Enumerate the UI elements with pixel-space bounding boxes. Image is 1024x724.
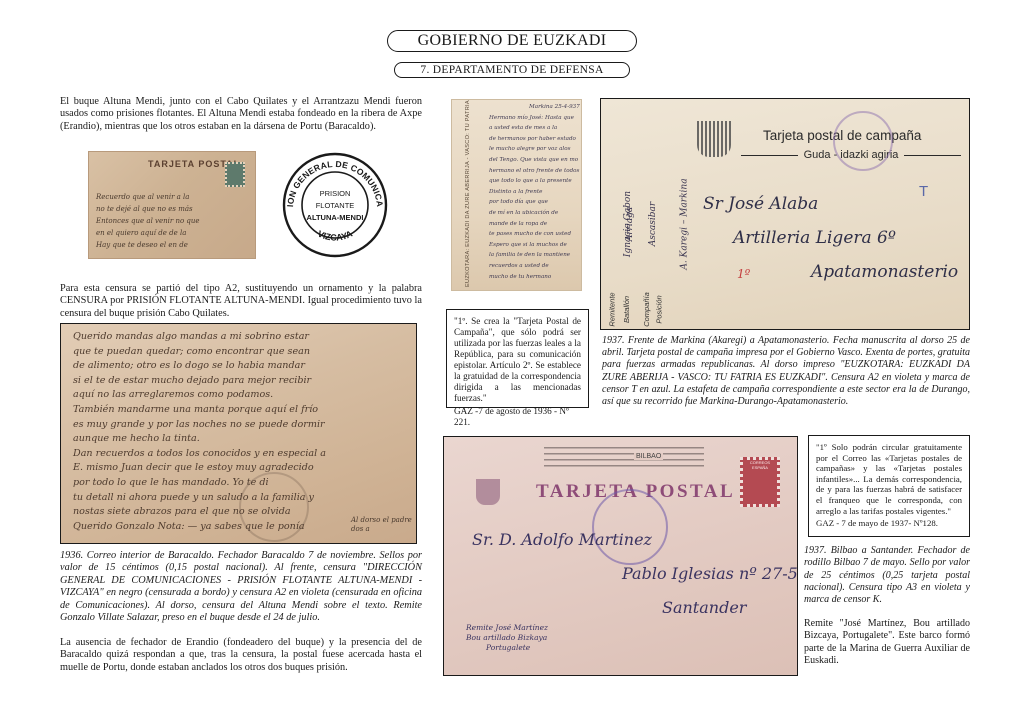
censor-note-paragraph: Para esta censura se partió del tipo A2,… <box>60 283 422 320</box>
postmark-roller-icon <box>544 447 704 471</box>
decree-quote-box-1937: "1º Solo podrán circular gratuitamente p… <box>808 435 970 537</box>
small-postcard-image: TARJETA POSTAL Recuerdo que al venir a l… <box>88 151 256 259</box>
field-postcard-caption: 1937. Frente de Markina (Akaregi) a Apat… <box>602 335 970 408</box>
decree-quote-text: "1º. Se crea la "Tarjeta Postal de Campa… <box>454 316 581 404</box>
section-subtitle: 7. DEPARTAMENTO DE DEFENSA <box>394 62 630 78</box>
svg-text:PRISION: PRISION <box>320 189 351 198</box>
bilbao-postcard-image: BILBAO TARJETA POSTAL CORREOS ESPAÑA Sr.… <box>443 436 798 676</box>
coat-of-arms-icon <box>476 479 500 505</box>
field-values: Ignacio Gabon Arriaga Ascasibar A. Kareg… <box>631 149 691 329</box>
large-postcard-image: Querido mandas algo mandas a mi sobrino … <box>60 323 417 544</box>
bilbao-postcard-remark: Remite "José Martínez, Bou artillado Biz… <box>804 618 970 667</box>
svg-text:ALTUNA-MENDI: ALTUNA-MENDI <box>307 213 364 222</box>
field-postcard-back-image: EUZKOTARA: EUZKADI DA ZURE ABERRIJA - VA… <box>451 99 582 291</box>
decree-quote-source: GAZ - 7 de mayo de 1937- Nº128. <box>816 518 962 529</box>
coat-of-arms-icon <box>697 121 731 157</box>
violet-censor-stamp-icon <box>833 111 893 171</box>
bilbao-postcard-sender: Remite José Martínez Bou artillado Bizka… <box>466 623 548 653</box>
large-postcard-postscript: Al dorso el padre dos a <box>351 516 412 534</box>
page-title: GOBIERNO DE EUZKADI <box>387 30 637 52</box>
postage-stamp-icon: CORREOS ESPAÑA <box>740 457 780 507</box>
svg-text:VIZCAYA: VIZCAYA <box>316 228 355 242</box>
bilbao-postcard-caption: 1937. Bilbao a Santander. Fechador de ro… <box>804 545 970 606</box>
stamp-icon <box>225 162 245 187</box>
decree-quote-box-1936: "1º. Se crea la "Tarjeta Postal de Campa… <box>446 309 589 408</box>
postmark-city: BILBAO <box>634 453 663 460</box>
small-postcard-handwriting: Recuerdo que al venir a la no te dejé al… <box>96 191 200 251</box>
field-postcard-back-handwriting: Markina 25-4-937 Hermano mío José: Hasta… <box>489 102 580 282</box>
censor-number-mark: 1º <box>737 267 750 281</box>
decree-quote-source: GAZ -7 de agosto de 1936 - Nº 221. <box>454 406 581 428</box>
censor-stamp-icon: DIRECCION GENERAL DE COMUNICACIONES VIZC… <box>281 151 389 259</box>
svg-text:DIRECCION GENERAL DE COMUNICAC: DIRECCION GENERAL DE COMUNICACIONES <box>281 151 385 207</box>
svg-text:FLOTANTE: FLOTANTE <box>316 201 355 210</box>
vertical-print-text: EUZKOTARA: EUZKADI DA ZURE ABERRIJA - VA… <box>465 99 471 287</box>
closing-paragraph: La ausencia de fechador de Erandio (fond… <box>60 637 422 674</box>
faded-censor-circle-icon <box>239 472 309 542</box>
field-postcard-front-image: Tarjeta postal de campaña Guda - idazki … <box>600 98 970 330</box>
decree-quote-text: "1º Solo podrán circular gratuitamente p… <box>816 442 962 516</box>
bilbao-postcard-addressee: Sr. D. Adolfo Martinez Pablo Iglesias nº… <box>472 523 798 625</box>
left-postcard-caption: 1936. Correo interior de Baracaldo. Fech… <box>60 550 422 624</box>
intro-paragraph: El buque Altuna Mendi, junto con el Cabo… <box>60 96 422 133</box>
